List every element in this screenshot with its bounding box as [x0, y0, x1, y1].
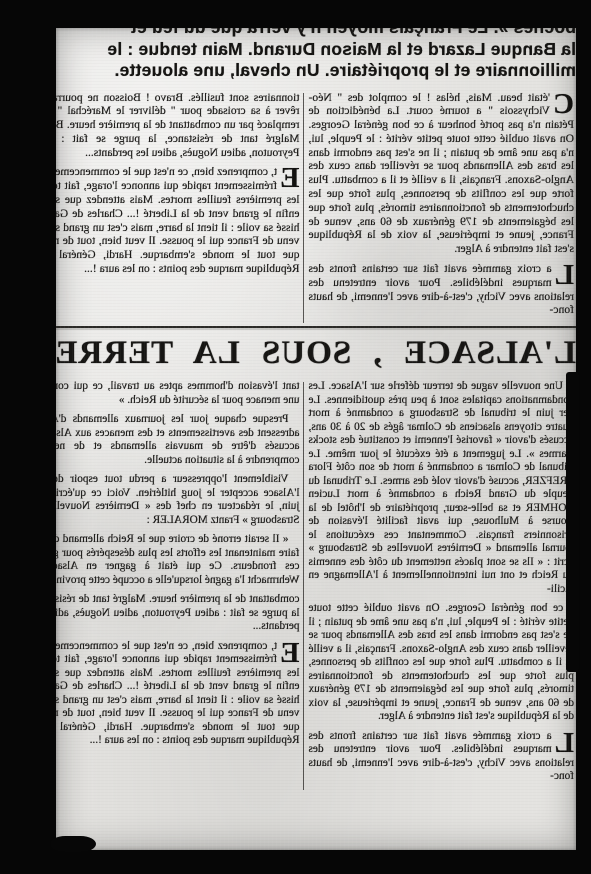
paragraph-text: a croix gammée avait fait sur certains f… — [309, 730, 575, 783]
article-column: C'était beau. Mais, hélas ! le complot d… — [309, 91, 575, 324]
paragraph-text: a croix gammée avait fait sur certains f… — [309, 262, 575, 316]
masthead-line: la Banque Lazard et la Maison Durand. Ma… — [56, 39, 576, 61]
body-paragraph: tant l'évasion d'hommes aptes au travail… — [56, 380, 300, 407]
body-paragraph-duplicate-print: La croix gammée avait fait sur certains … — [309, 730, 575, 784]
body-paragraph: Et, comprenez bien, ce n'est que le comm… — [56, 165, 300, 275]
drop-cap: L — [552, 730, 574, 756]
newspaper-scan: boches ». Le Français moyen n'y verra qu… — [56, 28, 576, 850]
paragraph-text: t, comprenez bien, ce n'est que le comme… — [56, 640, 300, 747]
masthead-line: millionnaire et le propriétaire. Un chev… — [56, 60, 576, 82]
mirrored-page-content: boches ». Le Français moyen n'y verra qu… — [56, 28, 576, 790]
article-alsace-section: Une nouvelle vague de terreur déferle su… — [56, 380, 576, 790]
frame-corner-smudge — [50, 836, 96, 852]
drop-cap: E — [277, 640, 299, 666]
masthead-block: boches ». Le Français moyen n'y verra qu… — [56, 28, 576, 82]
body-paragraph: C'était beau. Mais, hélas ! le complot d… — [309, 91, 575, 257]
photo-frame: boches ». Le Français moyen n'y verra qu… — [0, 0, 591, 874]
drop-cap: C — [550, 91, 574, 117]
article-column: Une nouvelle vague de terreur déferle su… — [309, 380, 575, 790]
column-rule — [304, 93, 305, 324]
body-paragraph-duplicate-print: combattant de la première heure. Malgré … — [56, 593, 300, 634]
body-paragraph: La croix gammée avait fait sur certains … — [309, 262, 575, 317]
body-paragraph: Une nouvelle vague de terreur déferle su… — [309, 380, 575, 596]
body-paragraph: tionnaires sont fusillés. Bravo ! Boisso… — [56, 91, 300, 160]
section-divider-rule — [56, 326, 576, 328]
body-paragraph: Presque chaque jour les journaux alleman… — [56, 413, 300, 467]
article-column: tant l'évasion d'hommes aptes au travail… — [56, 380, 300, 790]
drop-cap: E — [277, 165, 299, 191]
paragraph-text: t, comprenez bien, ce n'est que le comme… — [56, 165, 300, 275]
headline-title: L'ALSACE , SOUS LA TERREUR — [56, 333, 576, 373]
article-top-section: C'était beau. Mais, hélas ! le complot d… — [56, 91, 576, 324]
column-rule — [304, 382, 305, 790]
body-paragraph: « Il serait erroné de croire que le Reic… — [56, 533, 300, 587]
paragraph-text: 'était beau. Mais, hélas ! le complot de… — [309, 91, 575, 256]
frame-edge-smudge — [566, 372, 579, 672]
body-paragraph-duplicate-print: à ce bon général Georges. On avait oubli… — [309, 602, 575, 724]
article-column: tionnaires sont fusillés. Bravo ! Boisso… — [56, 91, 300, 324]
body-paragraph-duplicate-print: Et, comprenez bien, ce n'est que le comm… — [56, 640, 300, 748]
masthead-line-clipped: boches ». Le Français moyen n'y verra qu… — [56, 28, 576, 39]
body-paragraph: Visiblement l'oppresseur a perdu tout es… — [56, 473, 300, 527]
drop-cap: L — [552, 262, 574, 288]
